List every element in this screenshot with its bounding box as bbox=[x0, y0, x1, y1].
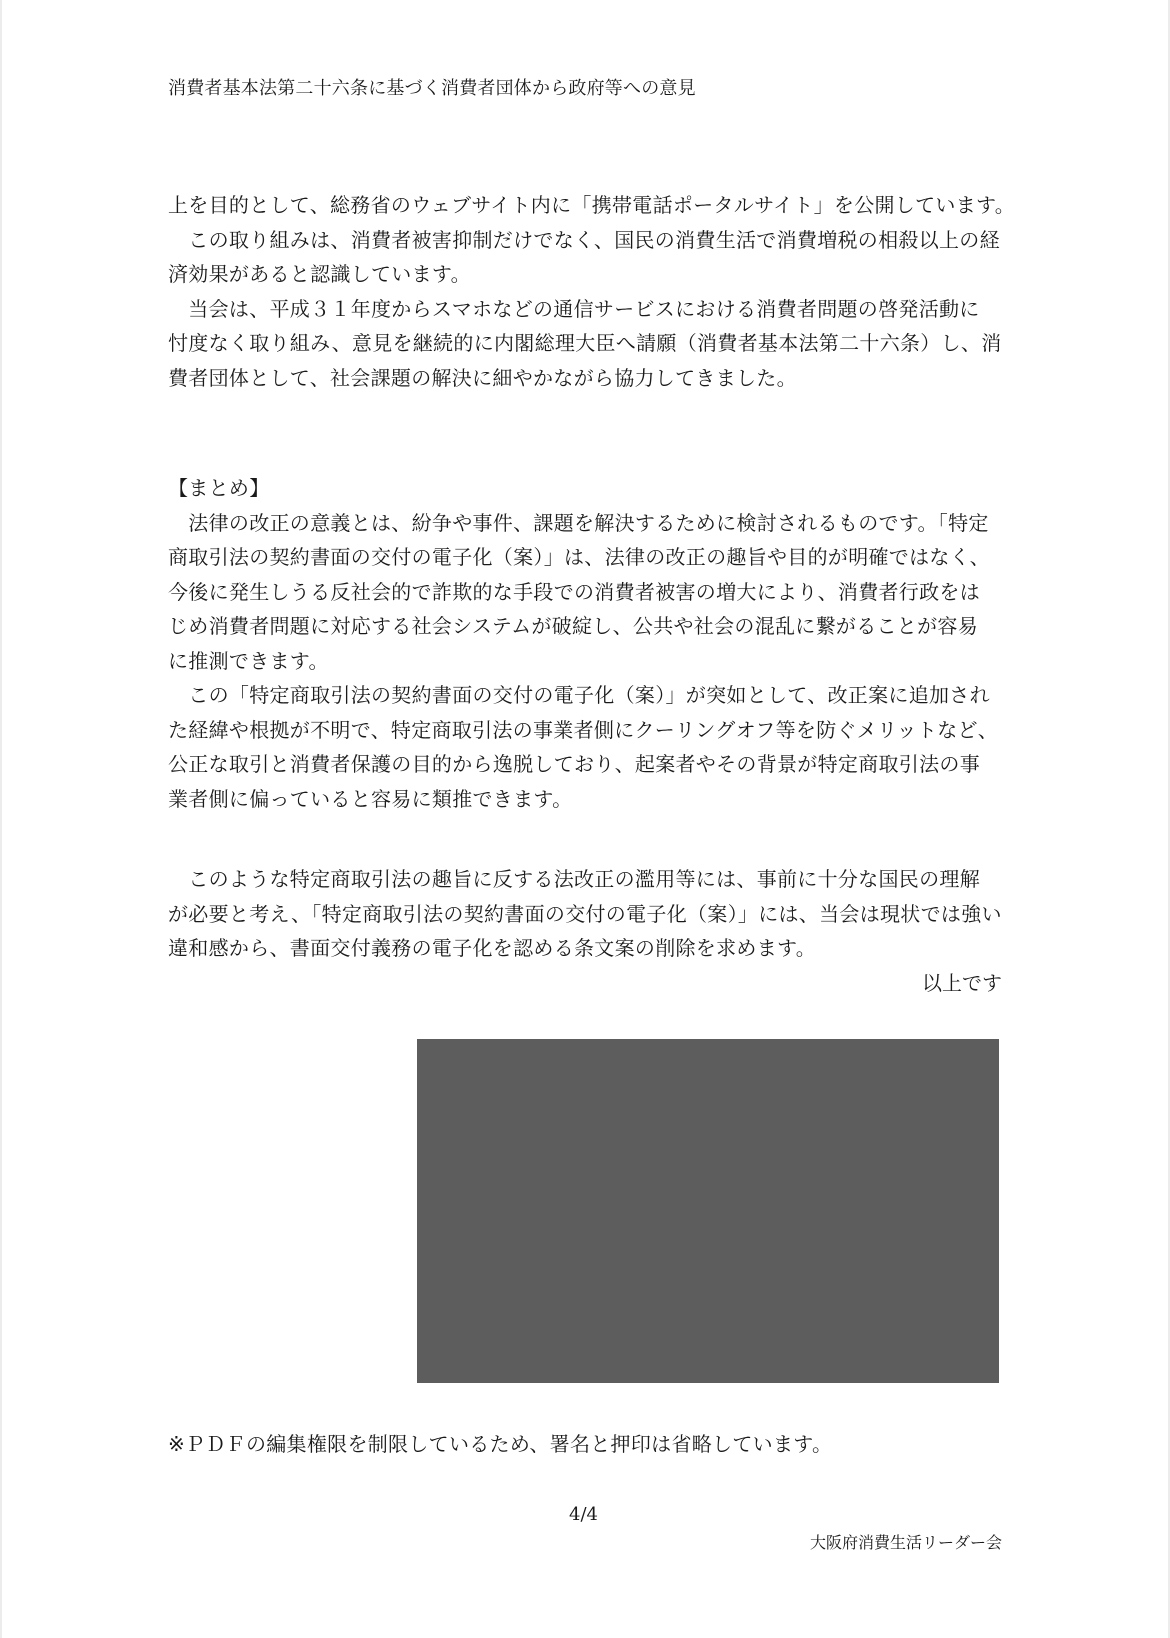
text-line: じめ消費者問題に対応する社会システムが破綻し、公共や社会の混乱に繋がることが容易 bbox=[168, 609, 1004, 644]
paragraph-block-conclusion: このような特定商取引法の趣旨に反する法改正の濫用等には、事前に十分な国民の理解 … bbox=[168, 862, 1004, 966]
text-line: 公正な取引と消費者保護の目的から逸脱しており、起案者やその背景が特定商取引法の事 bbox=[168, 747, 1004, 782]
text-line: この取り組みは、消費者被害抑制だけでなく、国民の消費生活で消費増税の相殺以上の経 bbox=[168, 223, 1004, 258]
text-line: た経緯や根拠が不明で、特定商取引法の事業者側にクーリングオフ等を防ぐメリットなど… bbox=[168, 713, 1004, 748]
text-line: このような特定商取引法の趣旨に反する法改正の濫用等には、事前に十分な国民の理解 bbox=[168, 862, 1004, 897]
text-line: 当会は、平成３１年度からスマホなどの通信サービスにおける消費者問題の啓発活動に bbox=[168, 292, 1004, 327]
summary-heading: 【まとめ】 bbox=[168, 471, 1004, 506]
text-line: この「特定商取引法の契約書面の交付の電子化（案）」が突如として、改正案に追加され bbox=[168, 678, 1004, 713]
organization-name: 大阪府消費生活リーダー会 bbox=[810, 1530, 1002, 1553]
summary-section: 【まとめ】 法律の改正の意義とは、紛争や事件、課題を解決するために検討されるもの… bbox=[168, 471, 1004, 816]
redacted-block bbox=[417, 1039, 999, 1383]
page-number: 4/4 bbox=[569, 1504, 598, 1525]
text-line: 今後に発生しうる反社会的で詐欺的な手段での消費者被害の増大により、消費者行政をは bbox=[168, 575, 1004, 610]
text-line: が必要と考え、「特定商取引法の契約書面の交付の電子化（案）」には、当会は現状では… bbox=[168, 897, 1004, 932]
document-page: 消費者基本法第二十六条に基づく消費者団体から政府等への意見 上を目的として、総務… bbox=[0, 0, 1170, 1638]
text-line: 費者団体として、社会課題の解決に細やかながら協力してきました。 bbox=[168, 361, 1004, 396]
signature-note: ※ＰＤＦの編集権限を制限しているため、署名と押印は省略しています。 bbox=[168, 1428, 832, 1457]
paragraph-block-intro: 上を目的として、総務省のウェブサイト内に「携帯電話ポータルサイト」を公開していま… bbox=[168, 188, 1004, 395]
text-line: 業者側に偏っていると容易に類推できます。 bbox=[168, 782, 1004, 817]
page-header: 消費者基本法第二十六条に基づく消費者団体から政府等への意見 bbox=[168, 74, 696, 100]
text-line: 違和感から、書面交付義務の電子化を認める条文案の削除を求めます。 bbox=[168, 931, 1004, 966]
text-line: 済効果があると認識しています。 bbox=[168, 257, 1004, 292]
closing-text: 以上です bbox=[922, 967, 1002, 996]
text-line: 法律の改正の意義とは、紛争や事件、課題を解決するために検討されるものです。「特定 bbox=[168, 506, 1004, 541]
text-line: 上を目的として、総務省のウェブサイト内に「携帯電話ポータルサイト」を公開していま… bbox=[168, 188, 1004, 223]
text-line: 忖度なく取り組み、意見を継続的に内閣総理大臣へ請願（消費者基本法第二十六条）し、… bbox=[168, 326, 1004, 361]
text-line: 商取引法の契約書面の交付の電子化（案）」は、法律の改正の趣旨や目的が明確ではなく… bbox=[168, 540, 1004, 575]
text-line: に推測できます。 bbox=[168, 644, 1004, 679]
